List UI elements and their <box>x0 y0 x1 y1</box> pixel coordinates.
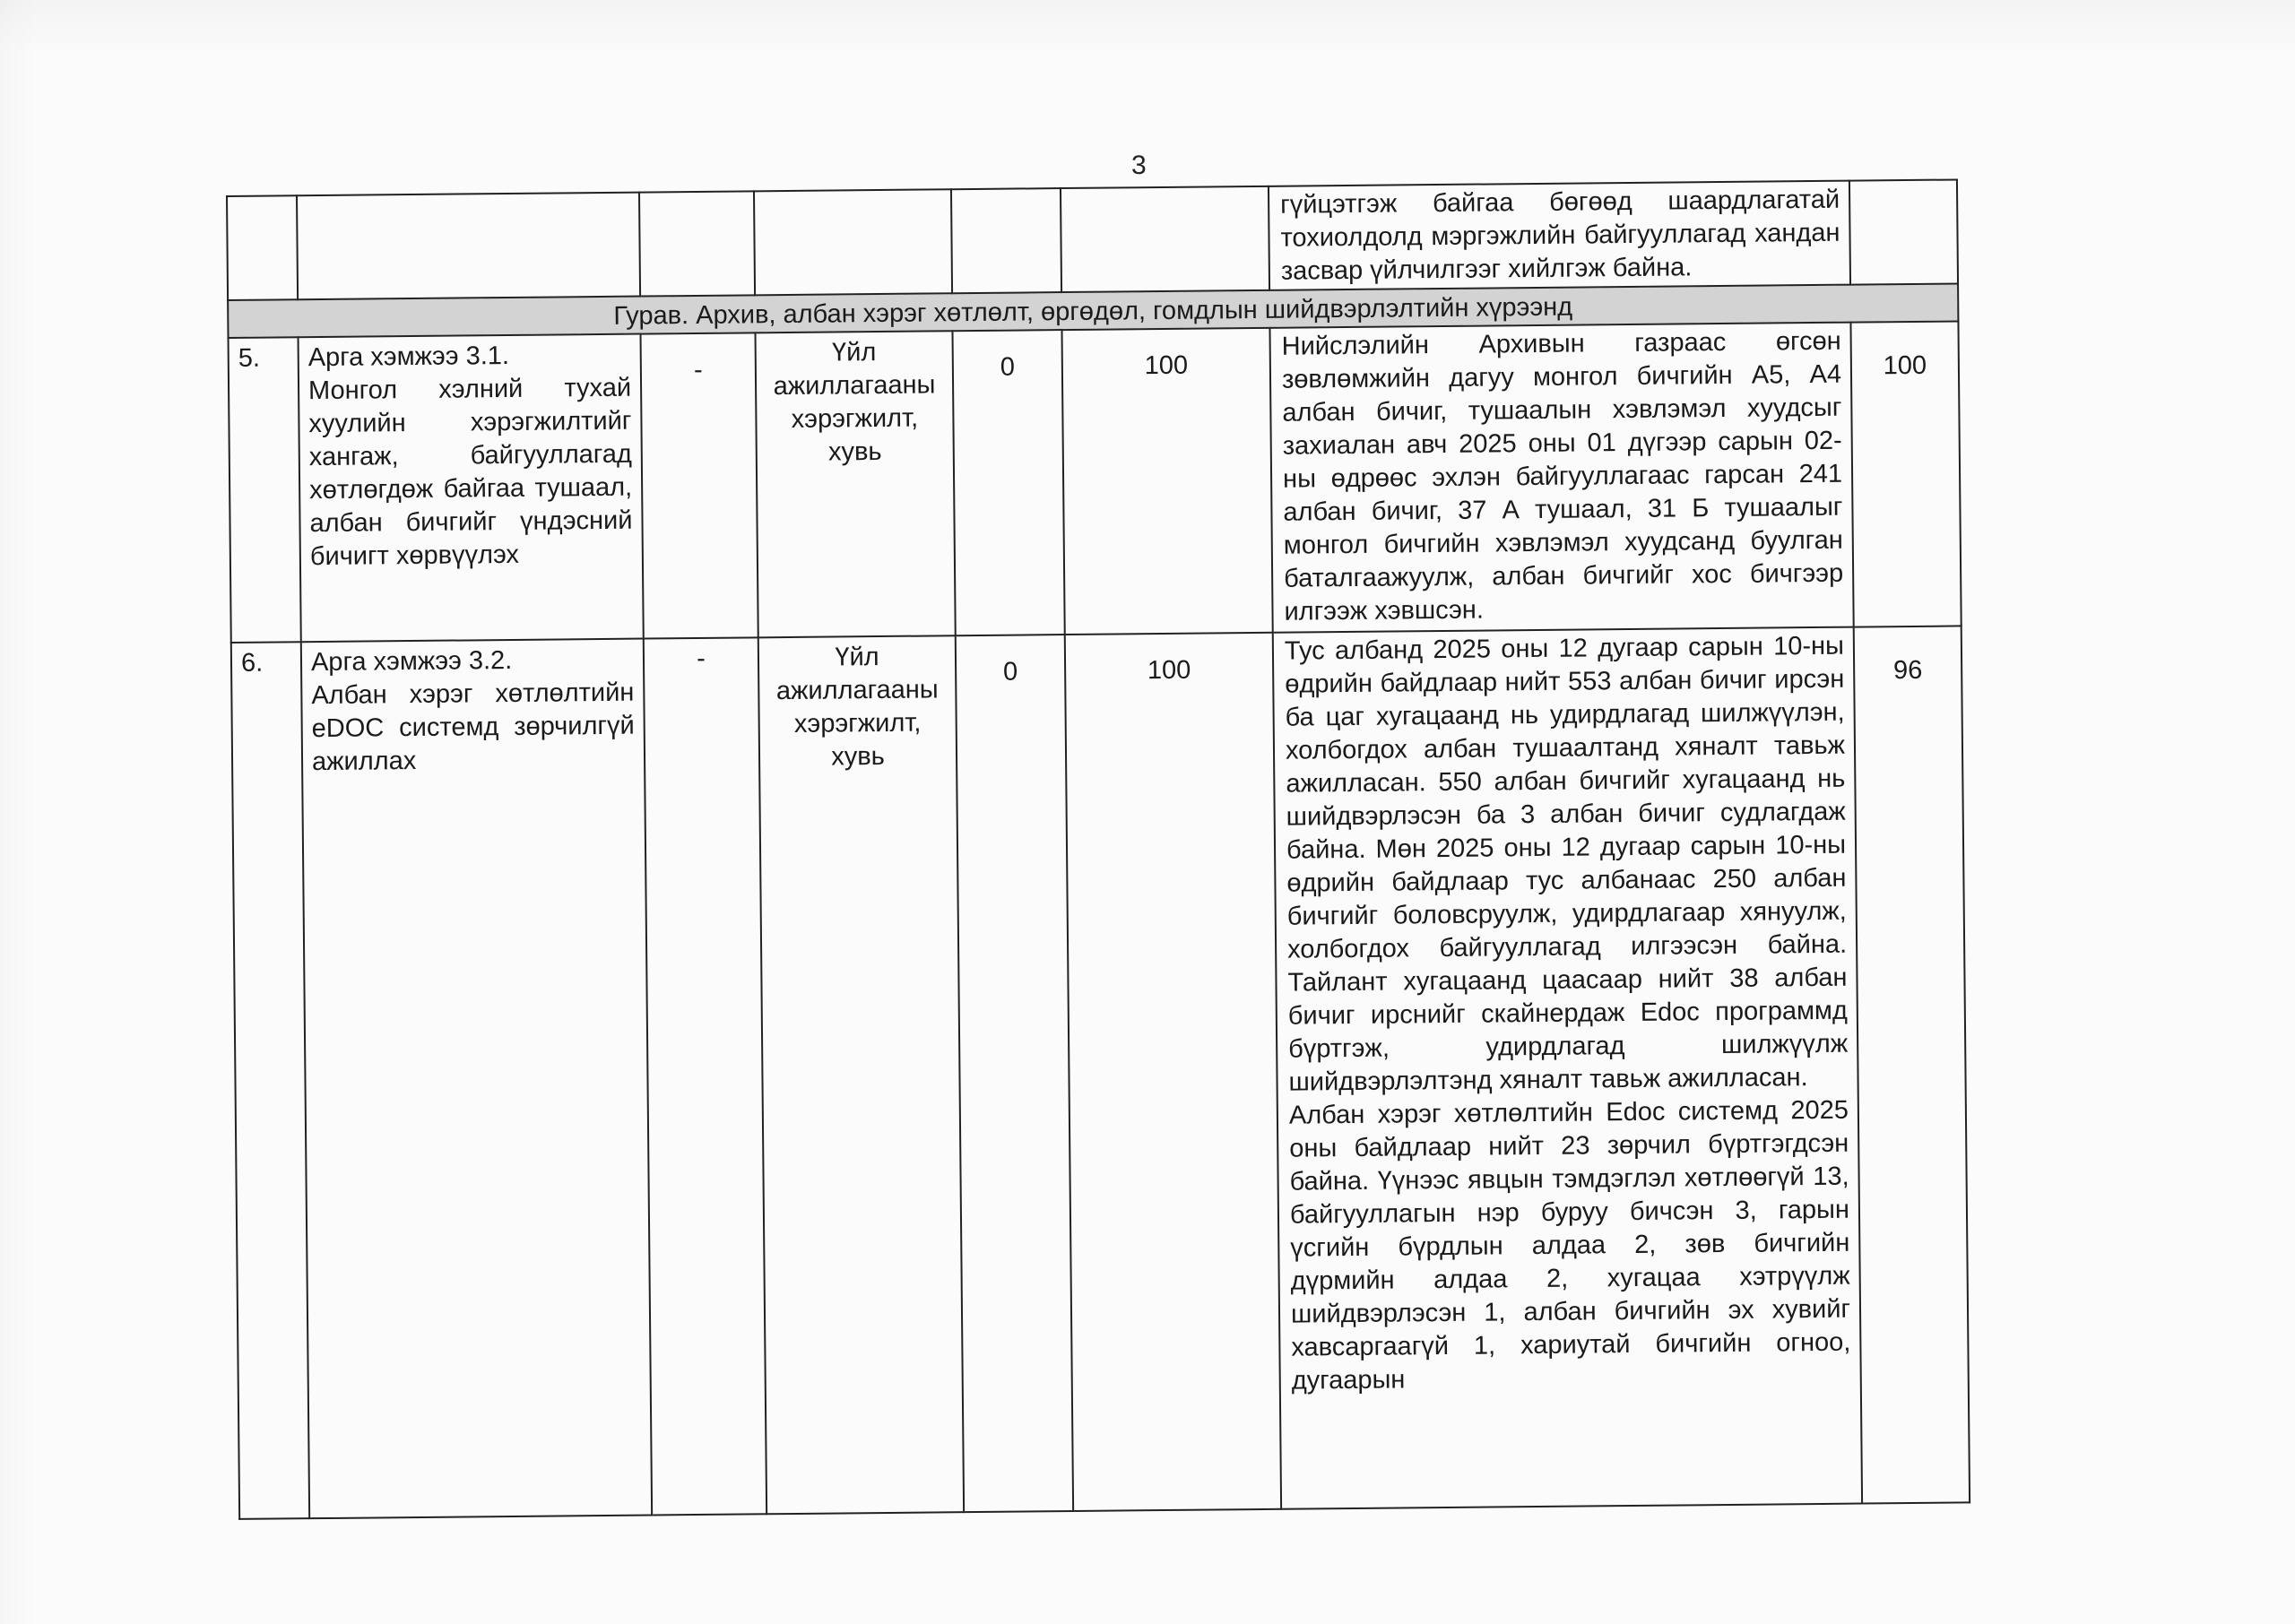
cell-baseline <box>639 191 755 296</box>
table-row: 6. Арга хэмжээ 3.2. Албан хэрэг хөтлөлти… <box>231 626 1970 1518</box>
baseline: - <box>644 637 766 1515</box>
report-sheet: гүйцэтгэж байгаа бөгөөд шаардлагатай тох… <box>226 178 1969 1519</box>
target-value: 100 <box>1065 633 1281 1511</box>
cell-base-value <box>951 188 1061 293</box>
cell-indicator <box>754 189 952 295</box>
completion-percent: 96 <box>1854 626 1970 1503</box>
table-row: 5. Арга хэмжээ 3.1. Монгол хэлний тухай … <box>229 321 1962 643</box>
indicator: Үйл ажиллагааны хэрэгжилт, хувь <box>755 331 955 637</box>
base-value: 0 <box>956 635 1073 1512</box>
description: Тус албанд 2025 оны 12 дугаар сарын 10-н… <box>1273 627 1862 1509</box>
baseline: - <box>641 333 758 638</box>
cell-measure <box>297 193 640 300</box>
row-number: 6. <box>231 642 309 1519</box>
measure-text: Монгол хэлний тухай хуулийн хэрэгжилтийг… <box>308 372 633 574</box>
base-value: 0 <box>952 330 1064 635</box>
description-paragraph: Нийслэлийн Архивын газраас өгсөн зөвлөмж… <box>1282 325 1844 629</box>
report-table: гүйцэтгэж байгаа бөгөөд шаардлагатай тох… <box>226 178 1970 1519</box>
description: Нийслэлийн Архивын газраас өгсөн зөвлөмж… <box>1269 323 1853 633</box>
measure-cell: Арга хэмжээ 3.1. Монгол хэлний тухай хуу… <box>299 334 644 643</box>
target-value: 100 <box>1061 328 1272 635</box>
indicator: Үйл ажиллагааны хэрэгжилт, хувь <box>758 635 964 1514</box>
measure-text: Албан хэрэг хөтлөлтийн eDOC системд зөрч… <box>311 677 635 779</box>
cell-description: гүйцэтгэж байгаа бөгөөд шаардлагатай тох… <box>1269 181 1850 290</box>
description-paragraph: Албан хэрэг хөтлөлтийн Edoc системд 2025… <box>1289 1094 1851 1398</box>
measure-cell: Арга хэмжээ 3.2. Албан хэрэг хөтлөлтийн … <box>301 639 652 1519</box>
page-number: 3 <box>1131 151 1147 181</box>
continuation-text: гүйцэтгэж байгаа бөгөөд шаардлагатай тох… <box>1280 184 1840 289</box>
description-paragraph: Тус албанд 2025 оны 12 дугаар сарын 10-н… <box>1285 630 1849 1100</box>
cell-target-value <box>1061 186 1269 292</box>
cell-no <box>227 195 298 300</box>
measure-title: Арга хэмжээ 3.1. <box>308 339 631 375</box>
cell-percent <box>1849 179 1958 284</box>
row-number: 5. <box>229 337 301 643</box>
completion-percent: 100 <box>1850 321 1961 626</box>
measure-title: Арга хэмжээ 3.2. <box>311 644 634 679</box>
continuation-row: гүйцэтгэж байгаа бөгөөд шаардлагатай тох… <box>227 179 1958 300</box>
